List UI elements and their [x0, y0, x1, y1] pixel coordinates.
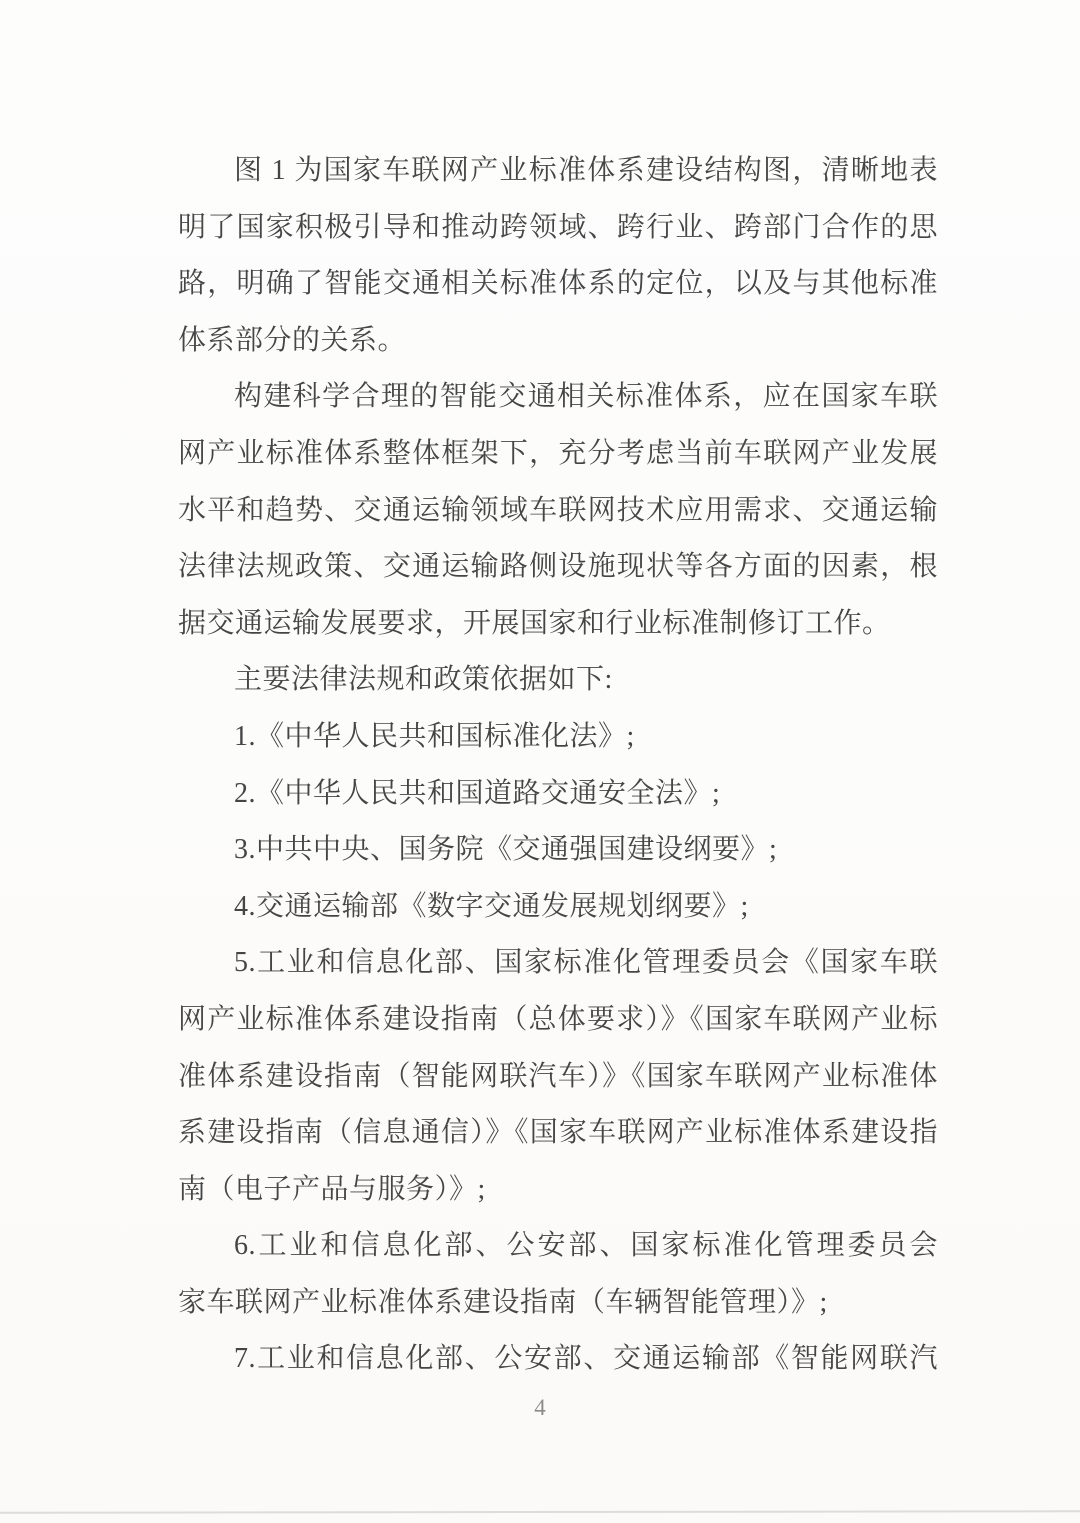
- text-line: 家车联网产业标准体系建设指南（车辆智能管理）》;: [178, 1275, 938, 1332]
- text-line: 构建科学合理的智能交通相关标准体系，应在国家车联: [178, 369, 938, 426]
- text-line: 网产业标准体系整体框架下，充分考虑当前车联网产业发展: [178, 426, 938, 483]
- paragraph-standards-framework: 构建科学合理的智能交通相关标准体系，应在国家车联 网产业标准体系整体框架下，充分…: [178, 369, 938, 652]
- list-item-7: 7.工业和信息化部、公安部、交通运输部《智能网联汽: [178, 1331, 938, 1388]
- text-line: 据交通运输发展要求，开展国家和行业标准制修订工作。: [178, 596, 938, 653]
- text-line: 7.工业和信息化部、公安部、交通运输部《智能网联汽: [178, 1331, 938, 1388]
- paragraph-legal-basis-heading: 主要法律法规和政策依据如下:: [178, 652, 938, 709]
- text-line: 水平和趋势、交通运输领域车联网技术应用需求、交通运输: [178, 483, 938, 540]
- document-page: 图 1 为国家车联网产业标准体系建设结构图，清晰地表 明了国家积极引导和推动跨领…: [0, 0, 1080, 1523]
- text-line: 法律法规政策、交通运输路侧设施现状等各方面的因素，根: [178, 539, 938, 596]
- list-item-5: 5.工业和信息化部、国家标准化管理委员会《国家车联 网产业标准体系建设指南（总体…: [178, 935, 938, 1218]
- text-line: 5.工业和信息化部、国家标准化管理委员会《国家车联: [178, 935, 938, 992]
- list-item-3: 3.中共中央、国务院《交通强国建设纲要》;: [178, 822, 938, 879]
- text-line: 4.交通运输部《数字交通发展规划纲要》;: [178, 879, 938, 936]
- list-item-2: 2.《中华人民共和国道路交通安全法》;: [178, 766, 938, 823]
- text-line: 3.中共中央、国务院《交通强国建设纲要》;: [178, 822, 938, 879]
- text-line: 1.《中华人民共和国标准化法》;: [178, 709, 938, 766]
- text-line: 主要法律法规和政策依据如下:: [178, 652, 938, 709]
- text-line: 明了国家积极引导和推动跨领域、跨行业、跨部门合作的思: [178, 200, 938, 257]
- scan-edge-artifact: [0, 1510, 1080, 1514]
- list-item-4: 4.交通运输部《数字交通发展规划纲要》;: [178, 879, 938, 936]
- page-number: 4: [0, 1392, 1080, 1424]
- list-item-1: 1.《中华人民共和国标准化法》;: [178, 709, 938, 766]
- document-body: 图 1 为国家车联网产业标准体系建设结构图，清晰地表 明了国家积极引导和推动跨领…: [178, 143, 938, 1388]
- text-line: 网产业标准体系建设指南（总体要求）》《国家车联网产业标: [178, 992, 938, 1049]
- text-line: 准体系建设指南（智能网联汽车）》《国家车联网产业标准体: [178, 1049, 938, 1106]
- text-line: 系建设指南（信息通信）》《国家车联网产业标准体系建设指: [178, 1105, 938, 1162]
- text-line: 6.工业和信息化部、公安部、国家标准化管理委员会《国: [178, 1218, 938, 1275]
- paragraph-figure1-description: 图 1 为国家车联网产业标准体系建设结构图，清晰地表 明了国家积极引导和推动跨领…: [178, 143, 938, 369]
- text-line: 体系部分的关系。: [178, 313, 938, 370]
- list-item-6: 6.工业和信息化部、公安部、国家标准化管理委员会《国 家车联网产业标准体系建设指…: [178, 1218, 938, 1331]
- text-line: 2.《中华人民共和国道路交通安全法》;: [178, 766, 938, 823]
- text-line: 南（电子产品与服务）》;: [178, 1162, 938, 1219]
- text-line: 图 1 为国家车联网产业标准体系建设结构图，清晰地表: [178, 143, 938, 200]
- text-line: 路，明确了智能交通相关标准体系的定位，以及与其他标准: [178, 256, 938, 313]
